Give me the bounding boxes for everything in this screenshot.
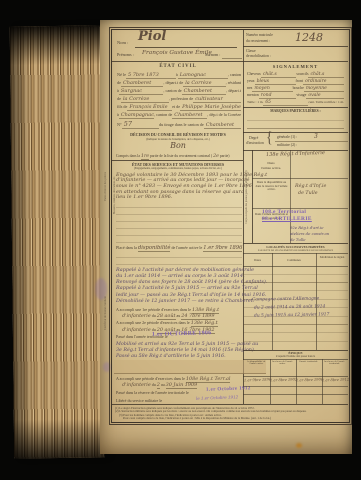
ep-value-1: 1.er 9bre 1896: [244, 377, 271, 382]
sig-rule: [243, 107, 348, 108]
degre-label-2: d'instruction: [246, 141, 264, 145]
signalement-row-2: yeuxbleusfrontordinaire: [247, 79, 344, 85]
brace-glyph: {: [266, 130, 273, 148]
ep-col-header-2: la réserve de l'armée active: [270, 361, 295, 367]
degre-rule-top: [243, 132, 348, 133]
etat-civil-title: ÉTAT CIVIL: [113, 64, 243, 69]
periode1-line2: d'infanterie du 28 août au 24 7bre 1899: [122, 313, 215, 319]
ep-col-header-4: la réserve de l'armée territoriale: [322, 361, 347, 367]
footnote-4: Pour ceux compris dans la 2e liste, l'in…: [123, 416, 271, 420]
matricule-label-1: Numéro matricule: [246, 33, 273, 37]
tirage-line: N°57du tirage dans le canton deChamberet: [117, 120, 241, 129]
ec-line-1: Né le5 7bre 1873àLamognac, canton: [117, 72, 241, 79]
classe-label-2: de mobilisation :: [246, 54, 271, 58]
corps-bottom-rule: [243, 243, 348, 244]
corps-terr-hw-2: ateliers de constr.on: [290, 231, 329, 236]
nom-underline: [135, 47, 237, 48]
loc-col-header-subdivision: Subdivision de région: [317, 256, 347, 259]
mobilisation-line: Rappelé à l'activité par décret de mobil…: [116, 267, 254, 273]
ep-row-rule-1: [243, 386, 348, 387]
corps-terr-hw-3: de Tulle: [290, 237, 306, 242]
mobilisation-line: Rappelé à l'activité le 5 juin 1915 — ar…: [116, 285, 258, 291]
ec-line-2: deChamberet, départ.t dela Corrèze, rési…: [117, 80, 241, 87]
corps-dispo-value-2: de Tulle: [298, 191, 318, 196]
prenoms-label: Prénoms :: [117, 52, 134, 57]
localites-title-1: LOCALITÉS SUCCESSIVES HABITÉES: [243, 245, 348, 249]
epoque-subtitle: à laquelle l'homme doit passer dans la: [243, 355, 348, 358]
nom-label: Nom :: [117, 40, 128, 45]
corps-terr-hw-1: 92e Rég.t d'art.ie: [290, 225, 324, 230]
content-bottom-rule: [112, 404, 348, 405]
decision-value: Bon: [113, 141, 243, 150]
periode3-line1: A accompli une période d'exercices dans …: [116, 376, 230, 382]
archival-scan: Dates d'envoi des pièces Certificat de b…: [0, 0, 361, 480]
services-entry-line: lieu le 1.er 9bre 1896.: [116, 194, 172, 200]
signalement-taille-row: Taille : 1 m.65cent. Taille rectifiée : …: [247, 100, 344, 106]
signalement-title: SIGNALEMENT: [243, 64, 348, 69]
signalement-row-3: nezmoyenbouchemoyenne: [247, 86, 344, 92]
ec-line-4: dela Corrèze, profession decultivateur: [117, 96, 241, 103]
signalement-row-1: Cheveuxchât.ssourcilschât.s: [247, 72, 344, 78]
book-page-edges: [10, 26, 105, 459]
ep-row-rule-2: [243, 394, 348, 395]
periode1-line1: A accompli une 1re période d'exercices d…: [116, 307, 219, 313]
margin-note-2: Certificat de bonne conduite: [103, 296, 107, 330]
prenoms-value: François Gustave Émile: [142, 50, 212, 56]
instruction-generale-label: générale (1) :: [277, 135, 297, 139]
services-subtitle: (Engagements, rengagements, commissions,…: [113, 167, 243, 170]
ep-value-3: 1.er 8bre 1906: [296, 377, 323, 382]
ec-line-5: fils deFrançois Émileet dePhilippe Marie…: [117, 104, 241, 111]
corps-active-label-1: Dans: [255, 161, 287, 165]
loc-header-top-rule: [243, 253, 348, 254]
ep-col-header-3: l'armée territoriale: [296, 361, 321, 364]
matricule-value: 1248: [295, 31, 323, 44]
territorial-line: Passé au 58e Rég.t d'artillerie le 5 jui…: [116, 354, 226, 359]
blank-ruled-lines: [116, 201, 242, 243]
section-rule-1: [112, 160, 243, 161]
mobilisation-line: Démobilisé le 12 janvier 1917 — se retir…: [116, 298, 254, 304]
ep-header-bottom-rule: [243, 376, 348, 377]
loc-col-header-dates: Dates: [243, 258, 272, 262]
corps-cell-rule-1: [252, 178, 348, 179]
marques-blank-lines: [247, 112, 344, 130]
signalement-row-4: mentonrondvisageovale: [247, 93, 344, 99]
periode3-line2: d'infanterie du 2 au 30 Juin 1909: [122, 382, 197, 388]
matricule-label-2: du recrutement :: [246, 39, 270, 43]
territorial-line: Mobilisé et arrivé au 92e Terr.al le 5 j…: [116, 342, 258, 347]
surnom-label: Surnom :: [205, 52, 220, 57]
ec-line-6: àChampagnac, canton deChamberet, dép.t d…: [117, 112, 241, 119]
margin-stamp-smudge-2: [103, 362, 111, 372]
periode2-line1: A accompli une 2e période d'exercices da…: [116, 320, 218, 326]
ep-col-header-1: la disponibilité de l'armée active: [244, 361, 269, 367]
localites-title-2: PAR SUITE DE CHANGEMENTS DE DOMICILE OU …: [243, 249, 348, 252]
corps-dispo-value-1: Rég.t d'Inf.ie: [295, 184, 326, 189]
blank-ruled-lines: [116, 251, 242, 265]
ec-line-3: àSurgnac, canton deChamberet, départ.t: [117, 88, 241, 95]
reserve-territoriale-line: Passé dans la réserve de l'armée territo…: [116, 390, 189, 395]
header-rule: [112, 61, 348, 62]
degre-inner-rule: [275, 141, 348, 142]
nom-value: Piol: [138, 29, 166, 44]
stamp-108e-territorial: 108.e Territorial: [262, 209, 306, 215]
corps-vertical-label: Corps auxquels les jeunes gens sont affe…: [245, 153, 248, 241]
loc-col-header-communes: Communes: [272, 258, 316, 262]
degre-label-1: Degré: [249, 136, 258, 140]
territorial-line: 3e Rég.t Terr.al d'infanterie le 14 mai …: [116, 348, 255, 353]
corps-dispo-label: Dans la disponibilité ou dans la réserve…: [255, 181, 288, 192]
paper-stain: [296, 443, 302, 448]
stamp-88e-artillerie: 88.e ARTILLERIE: [262, 216, 312, 222]
ep-value-4: 1.er 8bre 1912: [322, 377, 349, 382]
matricule-rule: [243, 46, 348, 47]
ep-value-2: 1.er 8bre 1902: [270, 377, 297, 382]
margin-note-1: Dates d'envoi des pièces: [103, 172, 107, 201]
mobilisation-line: du 1.er août 1914 — arrivé au corps le 3…: [116, 273, 245, 279]
corps-active-label-2: l'armée active.: [255, 166, 287, 170]
instruction-generale-value: 3: [314, 133, 318, 140]
margin-stamp-smudge-1: [95, 278, 107, 300]
instruction-militaire-label: militaire (2) :: [277, 143, 297, 147]
classe-label-1: Classe: [246, 49, 256, 53]
libere-line: Libéré du service militaire le: [116, 398, 162, 403]
corps-vertical-strip: [252, 150, 253, 243]
compris-line: Compris dans la 1re partie de la liste d…: [116, 154, 242, 159]
surnom-underline: [222, 58, 242, 59]
